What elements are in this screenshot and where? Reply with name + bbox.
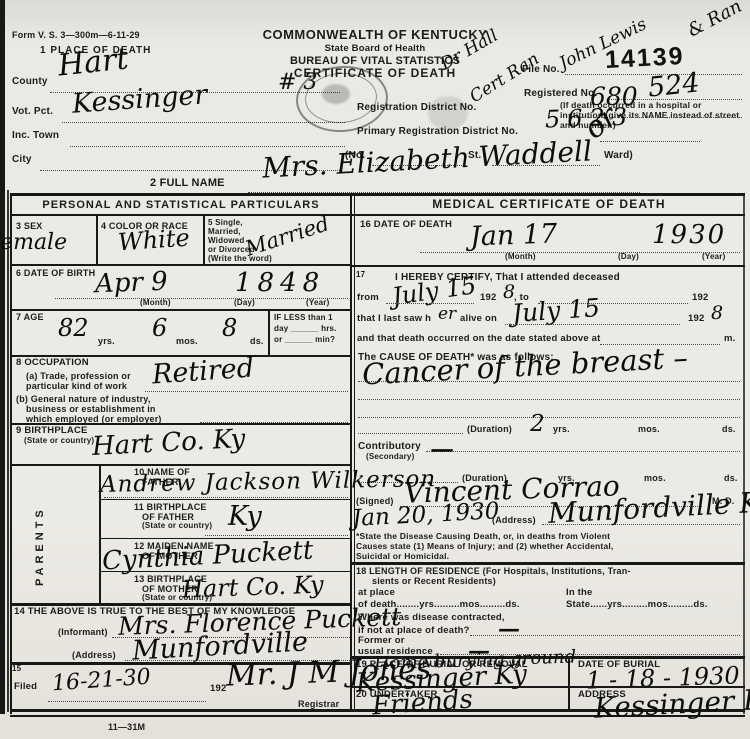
rule-line (10, 214, 745, 216)
age-ds-label: ds. (250, 336, 264, 346)
duration2-mos-label: mos. (644, 473, 666, 483)
occupation-b-label: business or establishment in (26, 404, 156, 414)
if-less-label: IF LESS than 1 (274, 314, 333, 323)
rule-line (10, 309, 351, 311)
father-birthplace-label: 11 BIRTHPLACE (134, 502, 207, 512)
rule-line (10, 264, 351, 266)
dotted-leader (420, 250, 740, 253)
mother-birthplace-value: Hart Co. Ky (182, 573, 324, 602)
date-of-death-value: Jan 17 (470, 220, 558, 250)
race-value: White (117, 226, 190, 255)
death-occurred-m: m. (724, 334, 736, 345)
occupation-a-label: (a) Trade, profession or (26, 371, 131, 381)
dotted-leader (426, 449, 740, 452)
rule-line (10, 464, 351, 466)
last-saw-alive-on: alive on (460, 314, 497, 325)
secondary-label: (Secondary) (366, 453, 414, 462)
duration-mos-label: mos. (638, 424, 660, 434)
contracted-dash-mark: — (498, 618, 520, 640)
cell-divider (268, 309, 270, 355)
registered-no-value: 524 (647, 69, 701, 101)
state-line: State......yrs.........mos.........ds. (566, 600, 708, 611)
age-label: 7 AGE (16, 312, 44, 322)
dob-month-day-value: Apr 9 (95, 269, 169, 298)
duration-years-value: 2 (530, 413, 545, 436)
year-label: (Year) (702, 253, 725, 262)
footer-form-code: 11—31M (108, 722, 145, 732)
rule-line (99, 538, 351, 539)
registrar-label: Registrar (298, 699, 339, 709)
attended-to-year-printed: 192 (692, 293, 708, 304)
death-certificate: Form V. S. 3—300m—6-11-29 1 PLACE OF DEA… (0, 0, 750, 739)
dotted-leader (62, 120, 345, 123)
year-label: (Year) (306, 299, 329, 308)
registered-no-label: Registered No. (524, 88, 597, 99)
dotted-leader (358, 397, 740, 400)
informant-label: (Informant) (58, 627, 108, 637)
dotted-leader (386, 301, 474, 304)
day-label: (Day) (618, 253, 639, 262)
full-name-label: 2 FULL NAME (150, 177, 225, 189)
last-saw-year-digit: 8 (711, 304, 723, 323)
occupation-b-label: (b) General nature of industry, (16, 394, 151, 404)
cell-divider (203, 216, 205, 264)
filed-year-printed: 192 (210, 684, 226, 695)
if-less-label: day ______ hrs. (274, 325, 337, 334)
birthplace-value: Hart Co. Ky (91, 426, 246, 460)
date-of-death-label: 16 DATE OF DEATH (360, 220, 452, 231)
last-saw-her: er (438, 306, 456, 323)
form-number: Form V. S. 3—300m—6-11-29 (12, 30, 140, 40)
of-death-line: of death........yrs.........mos.........… (358, 600, 520, 611)
rule-line (99, 499, 351, 500)
dotted-leader (358, 415, 740, 418)
occupation-a-label: particular kind of work (26, 381, 127, 391)
marital-value: Married (243, 213, 332, 260)
dotted-leader (470, 633, 740, 636)
undertaker-value: Friends (371, 687, 473, 720)
dotted-leader (145, 389, 348, 392)
filed-label: Filed (14, 682, 37, 693)
column-divider (350, 193, 352, 712)
dotted-leader (205, 533, 348, 536)
undertaker-address-value: Kessinger Ky (593, 685, 750, 723)
father-birthplace-sub-label: (State or country) (142, 522, 212, 531)
certify-number: 17 (356, 271, 365, 280)
personal-section-title: PERSONAL AND STATISTICAL PARTICULARS (12, 199, 350, 211)
age-yrs-label: yrs. (98, 336, 115, 346)
residence-label: 18 LENGTH OF RESIDENCE (For Hospitals, I… (356, 566, 631, 576)
parents-label: PARENTS (34, 486, 46, 586)
voting-precinct-label: Vot. Pct. (12, 106, 53, 117)
contributory-label: Contributory (358, 441, 421, 452)
day-label: (Day) (234, 299, 255, 308)
dob-label: 6 DATE OF BIRTH (16, 268, 95, 278)
in-the-label: In the (566, 588, 593, 599)
dotted-leader (55, 296, 348, 299)
signed-date-value: Jan 20, 1930 (351, 500, 499, 531)
filed-date-value: 16-21-30 (51, 667, 151, 696)
duration-yrs-label: yrs. (553, 424, 570, 434)
father-name-value: Andrew Jackson Wilkerson (100, 468, 437, 497)
dotted-leader (70, 144, 345, 147)
death-occurred-text: and that death occurred on the date stat… (357, 334, 601, 345)
father-birthplace-value: Ky (228, 503, 262, 530)
duration2-ds-label: ds. (724, 473, 738, 483)
attended-from-label: from (357, 293, 379, 304)
rule-line (352, 265, 745, 267)
if-less-label: or ______ min? (274, 336, 335, 345)
rule-line (352, 562, 745, 565)
medical-section-title: MEDICAL CERTIFICATE OF DEATH (355, 198, 743, 211)
month-label: (Month) (140, 299, 171, 308)
attended-from-year-printed: 192 (480, 293, 496, 304)
voting-precinct-value: Kessinger (71, 81, 208, 117)
cell-divider (96, 216, 98, 264)
duration-label: (Duration) (467, 424, 512, 434)
last-saw-text: that I last saw h (357, 314, 431, 325)
informant-address-label: (Address) (72, 650, 116, 660)
filed-number: 15 (12, 665, 21, 674)
rule-line (10, 193, 745, 196)
rule-line (10, 193, 12, 714)
last-saw-year-printed: 192 (688, 314, 704, 325)
occupation-value: Retired (151, 354, 255, 388)
age-mos-label: mos. (176, 336, 198, 346)
city-label: City (12, 154, 32, 165)
date-of-death-year: 1930 (652, 222, 726, 248)
at-place-label: at place (358, 588, 395, 599)
month-label: (Month) (505, 253, 536, 262)
residence-label: sients or Recent Residents) (372, 576, 496, 586)
county-value: Hart (57, 44, 130, 81)
ink-smudge (322, 84, 350, 104)
cause-of-death-value: Cancer of the breast – (361, 343, 688, 389)
scan-edge-bar-thin (7, 190, 9, 712)
contracted-label: Where was disease contracted, (358, 613, 505, 624)
rule-line (743, 193, 745, 714)
birthplace-sub-label: (State or country) (24, 437, 94, 446)
sex-value: Female (0, 232, 67, 254)
scan-edge-bar (0, 0, 5, 714)
dob-year-value: 1848 (235, 270, 325, 296)
dotted-leader (505, 322, 680, 325)
duration-ds-label: ds. (722, 424, 736, 434)
county-label: County (12, 76, 48, 87)
dotted-leader (48, 699, 206, 702)
ward-label: Ward) (604, 150, 633, 161)
age-months-value: 6 (152, 316, 167, 340)
marginalia-note: & Ran (685, 0, 745, 41)
dotted-leader (600, 139, 700, 142)
ink-smudge (428, 96, 468, 130)
cause-footnote: Suicidal or Homicidal. (356, 552, 449, 562)
column-divider (354, 193, 355, 712)
inc-town-label: Inc. Town (12, 130, 59, 141)
occupation-label: 8 OCCUPATION (16, 358, 89, 369)
age-days-value: 8 (222, 316, 237, 340)
age-years-value: 82 (58, 316, 89, 340)
